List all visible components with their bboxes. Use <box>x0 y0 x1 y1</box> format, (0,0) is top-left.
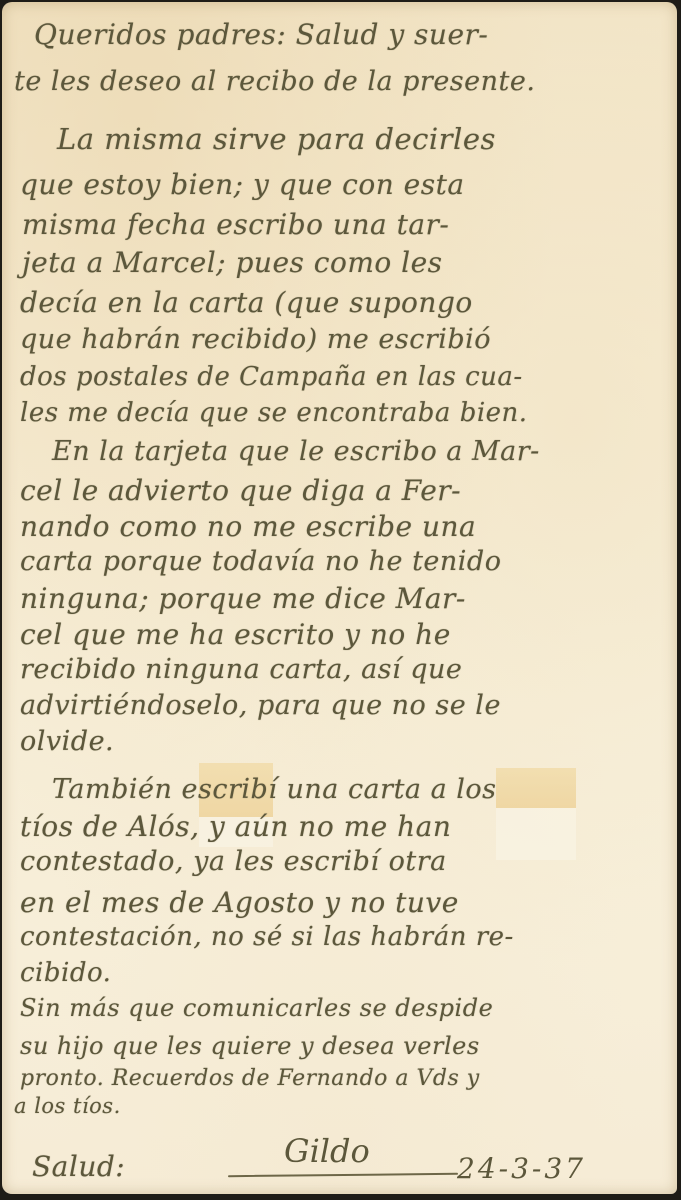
tape-residue-right <box>496 808 576 860</box>
handwritten-line: nando como no me escribe una <box>20 510 476 543</box>
handwritten-line: pronto. Recuerdos de Fernando a Vds y <box>20 1066 480 1091</box>
handwritten-line: La misma sirve para decirles <box>57 122 496 156</box>
handwritten-line: tíos de Alós, y aún no me han <box>20 810 451 843</box>
handwritten-line: que estoy bien; y que con esta <box>20 168 465 201</box>
handwritten-line: contestación, no sé si las habrán re- <box>20 922 514 952</box>
handwritten-line: te les deseo al recibo de la presente. <box>14 66 535 97</box>
handwritten-line: que habrán recibido) me escribió <box>20 324 491 355</box>
handwritten-line: Queridos padres: Salud y suer- <box>34 18 488 51</box>
handwritten-line: Sin más que comunicarles se despide <box>20 994 493 1022</box>
handwritten-line: cel que me ha escrito y no he <box>20 618 451 651</box>
postcard: Queridos padres: Salud y suer-te les des… <box>2 2 677 1194</box>
salutation: Salud: <box>32 1150 125 1183</box>
handwritten-line: cel le advierto que diga a Fer- <box>20 474 461 507</box>
handwritten-line: olvide. <box>20 726 114 757</box>
handwritten-line: decía en la carta (que supongo <box>20 286 473 319</box>
handwritten-line: les me decía que se encontraba bien. <box>20 398 528 428</box>
handwritten-line: a los tíos. <box>14 1094 121 1118</box>
handwritten-line: su hijo que les quiere y desea verles <box>20 1032 480 1060</box>
handwritten-line: jeta a Marcel; pues como les <box>22 246 443 279</box>
tape-mark-right <box>496 768 576 808</box>
handwritten-line: También escribí una carta a los <box>52 774 497 805</box>
handwritten-line: cibido. <box>20 958 111 988</box>
handwritten-line: En la tarjeta que le escribo a Mar- <box>52 436 540 467</box>
date: 24-3-37 <box>457 1152 586 1185</box>
handwritten-line: misma fecha escribo una tar- <box>22 208 449 241</box>
signature: Gildo <box>284 1132 370 1170</box>
handwritten-line: ninguna; porque me dice Mar- <box>20 582 466 615</box>
signature-underline <box>228 1173 458 1177</box>
handwritten-line: dos postales de Campaña en las cua- <box>20 362 523 392</box>
handwritten-line: contestado, ya les escribí otra <box>20 846 447 877</box>
handwritten-line: recibido ninguna carta, así que <box>20 654 462 685</box>
handwritten-line: carta porque todavía no he tenido <box>20 546 501 577</box>
handwritten-line: en el mes de Agosto y no tuve <box>20 886 459 919</box>
handwritten-line: advirtiéndoselo, para que no se le <box>20 690 501 721</box>
